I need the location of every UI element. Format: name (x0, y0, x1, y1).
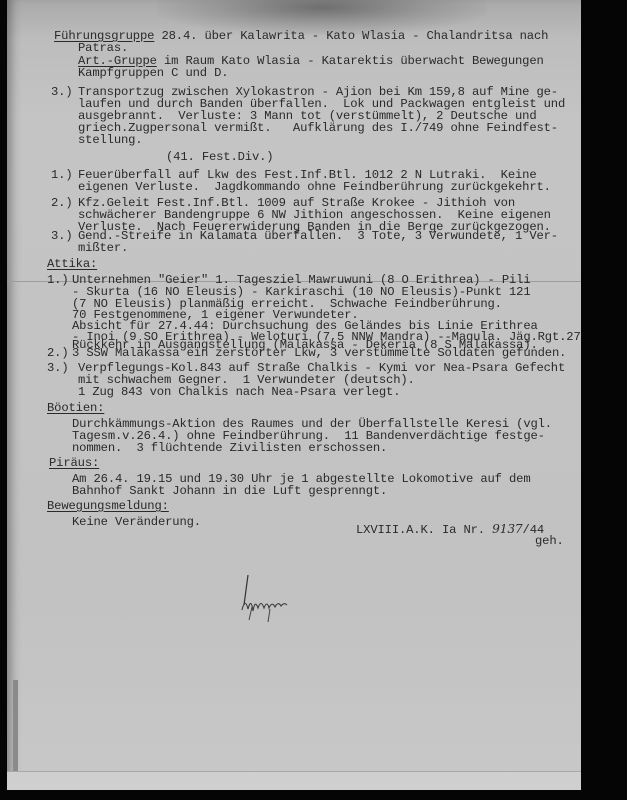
page-edge-mark (13, 680, 18, 775)
classification-mark: geh. (535, 535, 564, 547)
reference-prefix: LXVIII.A.K. Ia Nr. (356, 523, 492, 537)
bewegungsmeldung-line-1: Keine Veränderung. (72, 516, 201, 528)
item-number: 3.) (51, 86, 73, 98)
div-item-3-line-2: mißter. (78, 242, 128, 254)
transport-line-5: stellung. (78, 134, 142, 146)
div-item-1-line-2: eigenen Verluste. Jagdkommando ohne Fein… (78, 181, 551, 193)
handwritten-signature (239, 575, 309, 625)
div-item-3-line-1: Gend.-Streife in Kalamata überfallen. 3 … (78, 230, 558, 242)
item-number: 3.) (47, 362, 69, 374)
attika-3-line-3: 1 Zug 843 von Chalkis nach Nea-Psara ver… (78, 386, 400, 398)
document-page: Führungsgruppe 28.4. über Kalawrita - Ka… (7, 0, 581, 790)
bewegungsmeldung-heading: Bewegungsmeldung: (47, 500, 169, 512)
fuehrungsgruppe-line-2: Patras. (78, 42, 128, 54)
piraeus-heading: Piräus: (49, 457, 99, 469)
boeotien-heading: Böotien: (47, 402, 104, 414)
boeotien-line-3: nommen. 3 flüchtende Zivilisten erschoss… (72, 442, 387, 454)
item-number: 3.) (51, 230, 73, 242)
fuehrungsgruppe-line: Führungsgruppe 28.4. über Kalawrita - Ka… (54, 30, 548, 42)
transport-line-4: griech.Zugpersonal vermißt. Aufklärung d… (78, 122, 558, 134)
piraeus-line-2: Bahnhof Sankt Johann in die Luft gespren… (72, 485, 387, 497)
attika-heading: Attika: (47, 258, 97, 270)
item-number: 1.) (51, 169, 73, 181)
reference-number: LXVIII.A.K. Ia Nr. 9137/44 (356, 523, 544, 536)
division-heading: (41. Fest.Div.) (166, 151, 273, 163)
art-gruppe-line-2: Kampfgruppen C und D. (78, 67, 228, 79)
item-number: 1.) (47, 274, 69, 286)
item-number: 2.) (51, 197, 73, 209)
fuehrungsgruppe-text: 28.4. über Kalawrita - Kato Wlasia - Cha… (154, 29, 548, 43)
attika-2-line-1: 3 SSW Malakassa ein zerstörter Lkw, 3 ve… (72, 347, 566, 359)
item-number: 2.) (47, 347, 69, 359)
handwritten-number: 9137 (492, 522, 522, 536)
